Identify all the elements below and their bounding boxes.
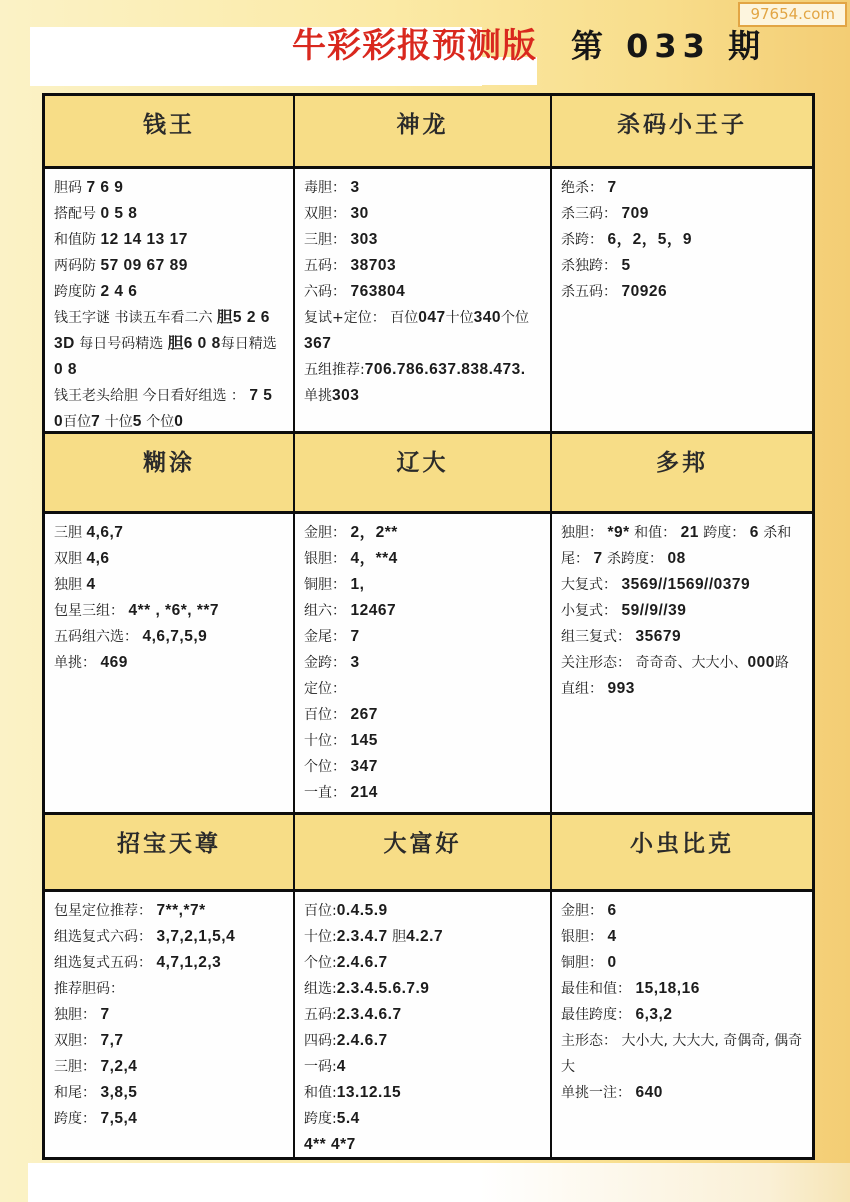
text-line: 五码组六选： 4,6,7,5,9 bbox=[54, 624, 285, 650]
text-line: 三胆： 7,2,4 bbox=[54, 1054, 285, 1080]
panel-header-hutu: 糊涂 bbox=[45, 434, 295, 514]
prediction-board: 钱王 神龙 杀码小王子 胆码 7 6 9搭配号 0 5 8和值防 12 14 1… bbox=[42, 93, 815, 1160]
text-line: 胆码 7 6 9 bbox=[54, 175, 285, 201]
text-line: 组选复式六码： 3,7,2,1,5,4 bbox=[54, 924, 285, 950]
panel-body-hutu: 三胆 4,6,7双胆 4,6独胆 4包星三组： 4** , *6*, **7五码… bbox=[45, 514, 295, 815]
text-line: 包星定位推荐： 7**,*7* bbox=[54, 898, 285, 924]
text-line: 单挑一注： 640 bbox=[561, 1080, 804, 1106]
text-line: 三胆 4,6,7 bbox=[54, 520, 285, 546]
text-line: 双胆 4,6 bbox=[54, 546, 285, 572]
text-line: 五码： 38703 bbox=[304, 253, 542, 279]
text-line: 双胆： 30 bbox=[304, 201, 542, 227]
text-line: 金尾： 7 bbox=[304, 624, 542, 650]
text-line: 直组： 993 bbox=[561, 676, 804, 702]
text-line: 五码:2.3.4.6.7 bbox=[304, 1002, 542, 1028]
text-line: 个位:2.4.6.7 bbox=[304, 950, 542, 976]
text-line: 三胆： 303 bbox=[304, 227, 542, 253]
text-line: 双胆： 7,7 bbox=[54, 1028, 285, 1054]
panel-body-xiaochong-bike: 金胆： 6银胆： 4铜胆： 0最佳和值： 15,18,16最佳跨度： 6,3,2… bbox=[552, 892, 812, 1157]
panel-body-liaoda: 金胆： 2，2**银胆： 4，**4铜胆： 1,组六： 12467金尾： 7金跨… bbox=[295, 514, 552, 815]
panel-body-zhaobao-tianzun: 包星定位推荐： 7**,*7*组选复式六码： 3,7,2,1,5,4组选复式五码… bbox=[45, 892, 295, 1157]
text-line: 银胆： 4，**4 bbox=[304, 546, 542, 572]
text-line: 十位： 145 bbox=[304, 728, 542, 754]
text-line: 关注形态： 奇奇奇、大大小、000路 bbox=[561, 650, 804, 676]
text-line: 铜胆： 0 bbox=[561, 950, 804, 976]
text-line: 搭配号 0 5 8 bbox=[54, 201, 285, 227]
text-line: 绝杀： 7 bbox=[561, 175, 804, 201]
text-line: 跨度:5.4 bbox=[304, 1106, 542, 1132]
text-line: 大复式： 3569//1569//0379 bbox=[561, 572, 804, 598]
panel-title: 神龙 bbox=[397, 112, 449, 138]
text-line: 百位： 267 bbox=[304, 702, 542, 728]
text-line: 银胆： 4 bbox=[561, 924, 804, 950]
text-line: 金胆： 2，2** bbox=[304, 520, 542, 546]
panel-header-xiaochong-bike: 小虫比克 bbox=[552, 815, 812, 893]
text-line: 组六： 12467 bbox=[304, 598, 542, 624]
text-line: 组选:2.3.4.5.6.7.9 bbox=[304, 976, 542, 1002]
text-line: 包星三组： 4** , *6*, **7 bbox=[54, 598, 285, 624]
text-line: 十位:2.3.4.7 胆4.2.7 bbox=[304, 924, 542, 950]
text-line: 毒胆： 3 bbox=[304, 175, 542, 201]
text-line: 推荐胆码： bbox=[54, 976, 285, 1002]
panel-body-shama-xiaowangzi: 绝杀： 7杀三码： 709杀跨： 6，2，5，9杀独跨： 5杀五码： 70926 bbox=[552, 169, 812, 435]
text-line: 六码： 763804 bbox=[304, 279, 542, 305]
page-title: 牛彩彩报预测版 bbox=[292, 18, 537, 67]
text-line: 单挑： 469 bbox=[54, 650, 285, 676]
text-line: 独胆： *9* 和值： 21 跨度： 6 杀和尾： 7 杀跨度： 08 bbox=[561, 520, 804, 572]
text-line: 定位： bbox=[304, 676, 542, 702]
panel-title: 小虫比克 bbox=[630, 831, 734, 857]
text-line: 最佳和值： 15,18,16 bbox=[561, 976, 804, 1002]
text-line: 钱王字谜 书读五车看二六 胆5 2 6 bbox=[54, 305, 285, 331]
panel-body-duobang: 独胆： *9* 和值： 21 跨度： 6 杀和尾： 7 杀跨度： 08大复式： … bbox=[552, 514, 812, 815]
text-line: 复试+定位： 百位047十位340个位367 bbox=[304, 305, 542, 357]
bottom-margin bbox=[28, 1163, 850, 1202]
panel-header-qianwang: 钱王 bbox=[45, 96, 295, 169]
text-line: 小复式： 59//9//39 bbox=[561, 598, 804, 624]
text-line: 组三复式： 35679 bbox=[561, 624, 804, 650]
text-line: 和值:13.12.15 bbox=[304, 1080, 542, 1106]
text-line: 跨度： 7,5,4 bbox=[54, 1106, 285, 1132]
text-line: 和值防 12 14 13 17 bbox=[54, 227, 285, 253]
panel-body-dafuhao: 百位:0.4.5.9十位:2.3.4.7 胆4.2.7个位:2.4.6.7组选:… bbox=[295, 892, 552, 1157]
panel-header-liaoda: 辽大 bbox=[295, 434, 552, 514]
text-line: 4** 4*7 bbox=[304, 1132, 542, 1157]
panel-title: 糊涂 bbox=[143, 450, 195, 476]
text-line: 最佳跨度： 6,3,2 bbox=[561, 1002, 804, 1028]
text-line: 杀五码： 70926 bbox=[561, 279, 804, 305]
text-line: 和尾： 3,8,5 bbox=[54, 1080, 285, 1106]
text-line: 杀独跨： 5 bbox=[561, 253, 804, 279]
panel-body-qianwang: 胆码 7 6 9搭配号 0 5 8和值防 12 14 13 17两码防 57 0… bbox=[45, 169, 295, 435]
text-line: 百位:0.4.5.9 bbox=[304, 898, 542, 924]
text-line: 跨度防 2 4 6 bbox=[54, 279, 285, 305]
panel-header-zhaobao-tianzun: 招宝天尊 bbox=[45, 815, 295, 893]
panel-title: 杀码小王子 bbox=[617, 112, 747, 138]
panel-title: 大富好 bbox=[384, 831, 462, 857]
panel-header-duobang: 多邦 bbox=[552, 434, 812, 514]
panel-title: 辽大 bbox=[397, 450, 449, 476]
text-line: 个位： 347 bbox=[304, 754, 542, 780]
panel-header-shenlong: 神龙 bbox=[295, 96, 552, 169]
text-line: 五组推荐:706.786.637.838.473. bbox=[304, 357, 542, 383]
issue-number: 第 033 期 bbox=[571, 21, 766, 67]
text-line: 金胆： 6 bbox=[561, 898, 804, 924]
panel-title: 钱王 bbox=[143, 112, 195, 138]
text-line: 钱王老头给胆 今日看好组选 ： 7 5 0百位7 十位5 个位0 bbox=[54, 383, 285, 435]
panel-header-shama-xiaowangzi: 杀码小王子 bbox=[552, 96, 812, 169]
text-line: 一直： 214 bbox=[304, 780, 542, 806]
panel-title: 招宝天尊 bbox=[117, 831, 221, 857]
text-line: 四码:2.4.6.7 bbox=[304, 1028, 542, 1054]
text-line: 独胆 4 bbox=[54, 572, 285, 598]
page-header: 牛彩彩报预测版 第 033 期 bbox=[292, 18, 766, 67]
text-line: 一码:4 bbox=[304, 1054, 542, 1080]
panel-body-shenlong: 毒胆： 3双胆： 30三胆： 303五码： 38703六码： 763804复试+… bbox=[295, 169, 552, 435]
text-line: 铜胆： 1, bbox=[304, 572, 542, 598]
panel-header-dafuhao: 大富好 bbox=[295, 815, 552, 893]
text-line: 主形态： 大小大, 大大大, 奇偶奇, 偶奇大 bbox=[561, 1028, 804, 1080]
text-line: 组选复式五码： 4,7,1,2,3 bbox=[54, 950, 285, 976]
text-line: 杀跨： 6，2，5，9 bbox=[561, 227, 804, 253]
text-line: 单挑303 bbox=[304, 383, 542, 409]
text-line: 独胆： 7 bbox=[54, 1002, 285, 1028]
panel-title: 多邦 bbox=[656, 450, 708, 476]
text-line: 杀三码： 709 bbox=[561, 201, 804, 227]
text-line: 3D 每日号码精选 胆6 0 8每日精选 0 8 bbox=[54, 331, 285, 383]
text-line: 两码防 57 09 67 89 bbox=[54, 253, 285, 279]
watermark-badge: 97654.com bbox=[738, 2, 847, 27]
text-line: 金跨： 3 bbox=[304, 650, 542, 676]
